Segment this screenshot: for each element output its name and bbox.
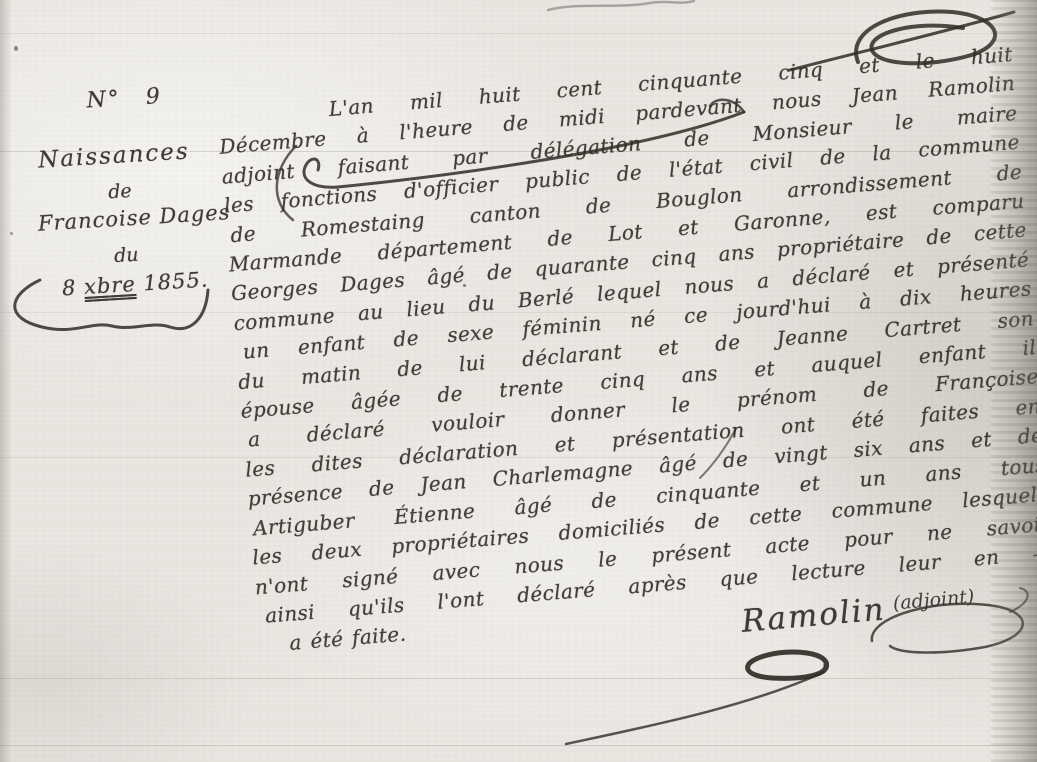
signature-underline-sweep [566, 672, 824, 744]
act-date-day: 8 [61, 276, 77, 301]
act-type-heading: Naissances [37, 138, 190, 173]
manuscript-body: L'an mil huit cent cinquante cinq et le … [216, 40, 1037, 661]
scan-artifact-line [0, 33, 1037, 34]
top-cut-text-trace [548, 1, 694, 10]
page-left-edge-shadow [0, 0, 12, 762]
scan-artifact-line [0, 678, 1037, 679]
signature-dark-loop [748, 652, 827, 678]
act-date: 8 xbre 1855. [61, 267, 209, 300]
signature-title: (adjoint) [892, 586, 975, 615]
child-name: Francoise Dages [37, 200, 231, 236]
scan-artifact-line [0, 745, 1037, 746]
margin-word-du: du [114, 244, 140, 267]
scanned-birth-record-page: N° 9 Naissances de Francoise Dages du 8 … [0, 0, 1037, 762]
ink-speck [10, 232, 13, 235]
act-date-year: 1855. [143, 267, 209, 295]
act-date-month: xbre [83, 272, 136, 299]
ink-speck [14, 46, 18, 51]
margin-word-de: de [108, 180, 133, 203]
act-number: N° 9 [86, 84, 163, 114]
